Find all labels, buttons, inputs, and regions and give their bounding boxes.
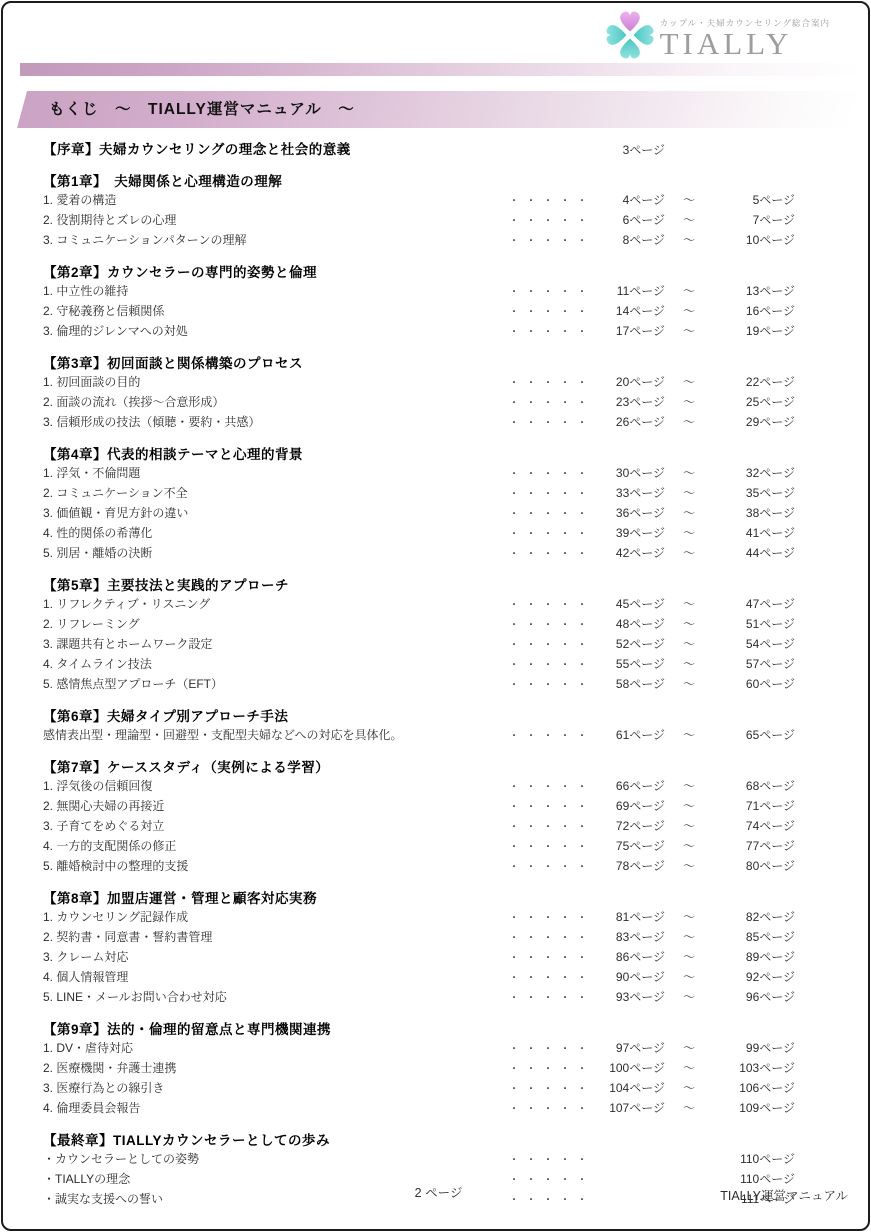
range-tilde: ～ (665, 675, 713, 694)
toc-item-row: 5. 別居・離婚の決断・・・・・42ページ～44ページ (43, 544, 795, 564)
start-page: 26ページ (593, 413, 665, 432)
range-tilde: ～ (665, 1079, 713, 1098)
start-page: 55ページ (593, 655, 665, 674)
range-tilde: ～ (665, 988, 713, 1007)
end-page: 47ページ (713, 595, 795, 614)
start-page: 45ページ (593, 595, 665, 614)
toc-section: 【第5章】主要技法と実践的アプローチ1. リフレクティブ・リスニング・・・・・4… (43, 576, 795, 695)
end-page: 77ページ (713, 837, 795, 856)
range-tilde: ～ (665, 322, 713, 341)
leader-dots: ・・・・・ (505, 778, 593, 797)
toc-item-title: 2. 医療機関・弁護士連携 (43, 1059, 505, 1078)
end-page: 68ページ (713, 777, 795, 796)
leader-dots: ・・・・・ (505, 465, 593, 484)
range-tilde: ～ (665, 484, 713, 503)
toc-item-row: 4. 倫理委員会報告・・・・・107ページ～109ページ (43, 1099, 795, 1119)
chapter-heading: 【第5章】主要技法と実践的アプローチ (43, 576, 505, 595)
toc-section: 【第1章】 夫婦関係と心理構造の理解1. 愛着の構造・・・・・4ページ～5ページ… (43, 172, 795, 251)
footer-doc-title: TIALLY運営マニュアル (720, 1186, 848, 1204)
start-page: 69ページ (593, 797, 665, 816)
toc-item-row: 5. LINE・メールお問い合わせ対応・・・・・93ページ～96ページ (43, 988, 795, 1008)
range-tilde: ～ (665, 302, 713, 321)
range-tilde: ～ (665, 1059, 713, 1078)
toc-item-row: 感情表出型・理論型・回避型・支配型夫婦などへの対応を具体化。・・・・・61ページ… (43, 726, 795, 746)
range-tilde: ～ (665, 797, 713, 816)
toc-section-heading-row: 【最終章】TIALLYカウンセラーとしての歩み (43, 1131, 795, 1150)
toc-item-row: 2. 契約書・同意書・誓約書管理・・・・・83ページ～85ページ (43, 928, 795, 948)
leader-dots: ・・・・・ (505, 616, 593, 635)
toc-item-row: 1. 中立性の維持・・・・・11ページ～13ページ (43, 282, 795, 302)
start-page: 61ページ (593, 726, 665, 745)
range-tilde: ～ (665, 837, 713, 856)
start-page: 75ページ (593, 837, 665, 856)
end-page: 25ページ (713, 393, 795, 412)
end-page: 89ページ (713, 948, 795, 967)
toc-item-title: 1. リフレクティブ・リスニング (43, 595, 505, 614)
toc-item-row: 1. 初回面談の目的・・・・・20ページ～22ページ (43, 373, 795, 393)
end-page: 82ページ (713, 908, 795, 927)
range-tilde: ～ (665, 504, 713, 523)
range-tilde: ～ (665, 231, 713, 250)
start-page: 93ページ (593, 988, 665, 1007)
start-page: 6ページ (593, 211, 665, 230)
end-page: 57ページ (713, 655, 795, 674)
range-tilde: ～ (665, 191, 713, 210)
toc-item-title: 2. コミュニケーション不全 (43, 484, 505, 503)
end-page: 65ページ (713, 726, 795, 745)
start-page: 66ページ (593, 777, 665, 796)
leader-dots: ・・・・・ (505, 485, 593, 504)
toc-item-title: 2. 役割期待とズレの心理 (43, 211, 505, 230)
toc-item-title: 感情表出型・理論型・回避型・支配型夫婦などへの対応を具体化。 (43, 726, 505, 745)
leader-dots: ・・・・・ (505, 1060, 593, 1079)
toc-section: 【第4章】代表的相談テーマと心理的背景1. 浮気・不倫問題・・・・・30ページ～… (43, 445, 795, 564)
toc-item-row: 2. 面談の流れ（挨拶～合意形成）・・・・・23ページ～25ページ (43, 393, 795, 413)
range-tilde: ～ (665, 615, 713, 634)
leader-dots: ・・・・・ (505, 596, 593, 615)
toc-item-title: 4. 一方的支配関係の修正 (43, 837, 505, 856)
leader-dots: ・・・・・ (505, 989, 593, 1008)
toc-item-row: 4. タイムライン技法・・・・・55ページ～57ページ (43, 655, 795, 675)
table-of-contents: 【序章】夫婦カウンセリングの理念と社会的意義3ページ【第1章】 夫婦関係と心理構… (43, 140, 795, 1222)
toc-banner: もくじ ～ TIALLY運営マニュアル ～ (27, 91, 862, 128)
start-page: 17ページ (593, 322, 665, 341)
end-page: 96ページ (713, 988, 795, 1007)
toc-item-row: 3. 価値観・育児方針の違い・・・・・36ページ～38ページ (43, 504, 795, 524)
start-page: 83ページ (593, 928, 665, 947)
start-page: 90ページ (593, 968, 665, 987)
toc-item-title: 5. 離婚検討中の整理的支援 (43, 857, 505, 876)
range-tilde: ～ (665, 777, 713, 796)
start-page: 100ページ (593, 1059, 665, 1078)
toc-title: もくじ ～ TIALLY運営マニュアル ～ (27, 91, 862, 128)
end-page: 29ページ (713, 413, 795, 432)
chapter-heading: 【第7章】ケーススタディ（実例による学習） (43, 758, 505, 777)
end-page: 16ページ (713, 302, 795, 321)
toc-item-title: 1. カウンセリング記録作成 (43, 908, 505, 927)
leader-dots: ・・・・・ (505, 909, 593, 928)
range-tilde: ～ (665, 393, 713, 412)
toc-item-title: 3. 倫理的ジレンマへの対処 (43, 322, 505, 341)
start-page: 52ページ (593, 635, 665, 654)
chapter-heading: 【第2章】カウンセラーの専門的姿勢と倫理 (43, 263, 505, 282)
end-page: 60ページ (713, 675, 795, 694)
start-page: 11ページ (593, 282, 665, 301)
toc-section: 【第8章】加盟店運営・管理と顧客対応実務1. カウンセリング記録作成・・・・・8… (43, 889, 795, 1008)
toc-item-row: 4. 個人情報管理・・・・・90ページ～92ページ (43, 968, 795, 988)
toc-item-row: 1. 愛着の構造・・・・・4ページ～5ページ (43, 191, 795, 211)
end-page: 99ページ (713, 1039, 795, 1058)
toc-section-heading-row: 【第8章】加盟店運営・管理と顧客対応実務 (43, 889, 795, 908)
chapter-page: 3ページ (593, 141, 665, 160)
end-page: 13ページ (713, 282, 795, 301)
start-page: 48ページ (593, 615, 665, 634)
end-page: 32ページ (713, 464, 795, 483)
toc-item-row: 2. リフレーミング・・・・・48ページ～51ページ (43, 615, 795, 635)
end-page: 54ページ (713, 635, 795, 654)
range-tilde: ～ (665, 464, 713, 483)
range-tilde: ～ (665, 968, 713, 987)
toc-item-title: 4. 性的関係の希薄化 (43, 524, 505, 543)
toc-item-title: 2. 契約書・同意書・誓約書管理 (43, 928, 505, 947)
tially-logo: カップル・夫婦カウンセリング総合案内 TIALLY (606, 11, 830, 59)
start-page: 4ページ (593, 191, 665, 210)
toc-item-row: 1. DV・虐待対応・・・・・97ページ～99ページ (43, 1039, 795, 1059)
range-tilde: ～ (665, 524, 713, 543)
toc-item-title: 3. 子育てをめぐる対立 (43, 817, 505, 836)
toc-item-title: 2. 無関心夫婦の再接近 (43, 797, 505, 816)
end-page: 74ページ (713, 817, 795, 836)
leader-dots: ・・・・・ (505, 1080, 593, 1099)
start-page: 107ページ (593, 1099, 665, 1118)
chapter-heading: 【第4章】代表的相談テーマと心理的背景 (43, 445, 505, 464)
end-page: 85ページ (713, 928, 795, 947)
toc-item-row: ・カウンセラーとしての姿勢・・・・・110ページ (43, 1150, 795, 1170)
range-tilde: ～ (665, 908, 713, 927)
range-tilde: ～ (665, 635, 713, 654)
toc-item-row: 3. コミュニケーションパターンの理解・・・・・8ページ～10ページ (43, 231, 795, 251)
chapter-heading: 【第1章】 夫婦関係と心理構造の理解 (43, 172, 505, 191)
toc-item-row: 3. 子育てをめぐる対立・・・・・72ページ～74ページ (43, 817, 795, 837)
start-page: 30ページ (593, 464, 665, 483)
leader-dots: ・・・・・ (505, 394, 593, 413)
toc-section-heading-row: 【第1章】 夫婦関係と心理構造の理解 (43, 172, 795, 191)
end-page: 22ページ (713, 373, 795, 392)
chapter-heading: 【第9章】法的・倫理的留意点と専門機関連携 (43, 1020, 505, 1039)
toc-item-title: 3. 信頼形成の技法（傾聴・要約・共感） (43, 413, 505, 432)
toc-item-title: 1. 浮気後の信頼回復 (43, 777, 505, 796)
end-page: 41ページ (713, 524, 795, 543)
logo-brand: TIALLY (660, 29, 793, 59)
toc-item-row: 2. 医療機関・弁護士連携・・・・・100ページ～103ページ (43, 1059, 795, 1079)
end-page: 110ページ (713, 1150, 795, 1169)
toc-section: 【第2章】カウンセラーの専門的姿勢と倫理1. 中立性の維持・・・・・11ページ～… (43, 263, 795, 342)
toc-item-row: 4. 性的関係の希薄化・・・・・39ページ～41ページ (43, 524, 795, 544)
start-page: 23ページ (593, 393, 665, 412)
toc-item-row: 2. 役割期待とズレの心理・・・・・6ページ～7ページ (43, 211, 795, 231)
range-tilde: ～ (665, 544, 713, 563)
toc-item-title: 4. タイムライン技法 (43, 655, 505, 674)
leader-dots: ・・・・・ (505, 545, 593, 564)
toc-item-title: 1. 中立性の維持 (43, 282, 505, 301)
toc-item-title: 3. クレーム対応 (43, 948, 505, 967)
leader-dots: ・・・・・ (505, 283, 593, 302)
toc-item-row: 5. 離婚検討中の整理的支援・・・・・78ページ～80ページ (43, 857, 795, 877)
toc-item-row: 1. リフレクティブ・リスニング・・・・・45ページ～47ページ (43, 595, 795, 615)
toc-section: 【第9章】法的・倫理的留意点と専門機関連携1. DV・虐待対応・・・・・97ペー… (43, 1020, 795, 1119)
range-tilde: ～ (665, 1039, 713, 1058)
end-page: 106ページ (713, 1079, 795, 1098)
toc-section-heading-row: 【第7章】ケーススタディ（実例による学習） (43, 758, 795, 777)
start-page: 104ページ (593, 1079, 665, 1098)
leader-dots: ・・・・・ (505, 727, 593, 746)
leader-dots: ・・・・・ (505, 818, 593, 837)
document-page: カップル・夫婦カウンセリング総合案内 TIALLY もくじ ～ TIALLY運営… (1, 1, 870, 1231)
start-page: 58ページ (593, 675, 665, 694)
start-page: 81ページ (593, 908, 665, 927)
toc-section-heading-row: 【第2章】カウンセラーの専門的姿勢と倫理 (43, 263, 795, 282)
toc-item-title: 2. 守秘義務と信頼関係 (43, 302, 505, 321)
start-page: 36ページ (593, 504, 665, 523)
toc-item-row: 1. 浮気後の信頼回復・・・・・66ページ～68ページ (43, 777, 795, 797)
end-page: 51ページ (713, 615, 795, 634)
toc-section: 【第6章】夫婦タイプ別アプローチ手法感情表出型・理論型・回避型・支配型夫婦などへ… (43, 707, 795, 746)
leader-dots: ・・・・・ (505, 212, 593, 231)
end-page: 7ページ (713, 211, 795, 230)
toc-item-row: 2. コミュニケーション不全・・・・・33ページ～35ページ (43, 484, 795, 504)
toc-item-row: 3. 医療行為との線引き・・・・・104ページ～106ページ (43, 1079, 795, 1099)
toc-section-heading-row: 【第9章】法的・倫理的留意点と専門機関連携 (43, 1020, 795, 1039)
start-page: 97ページ (593, 1039, 665, 1058)
leader-dots: ・・・・・ (505, 323, 593, 342)
toc-item-title: 2. リフレーミング (43, 615, 505, 634)
toc-section: 【第3章】初回面談と関係構築のプロセス1. 初回面談の目的・・・・・20ページ～… (43, 354, 795, 433)
leader-dots: ・・・・・ (505, 525, 593, 544)
toc-item-row: 1. カウンセリング記録作成・・・・・81ページ～82ページ (43, 908, 795, 928)
start-page: 78ページ (593, 857, 665, 876)
toc-section: 【第7章】ケーススタディ（実例による学習）1. 浮気後の信頼回復・・・・・66ペ… (43, 758, 795, 877)
toc-item-row: 1. 浮気・不倫問題・・・・・30ページ～32ページ (43, 464, 795, 484)
leader-dots: ・・・・・ (505, 858, 593, 877)
start-page: 39ページ (593, 524, 665, 543)
toc-item-row: 2. 無関心夫婦の再接近・・・・・69ページ～71ページ (43, 797, 795, 817)
toc-item-title: 4. 倫理委員会報告 (43, 1099, 505, 1118)
range-tilde: ～ (665, 655, 713, 674)
range-tilde: ～ (665, 928, 713, 947)
leader-dots: ・・・・・ (505, 798, 593, 817)
toc-section-heading-row: 【第5章】主要技法と実践的アプローチ (43, 576, 795, 595)
toc-item-row: 3. クレーム対応・・・・・86ページ～89ページ (43, 948, 795, 968)
start-page: 42ページ (593, 544, 665, 563)
gradient-divider-bar (20, 63, 861, 76)
toc-section: 【序章】夫婦カウンセリングの理念と社会的意義3ページ (43, 140, 795, 160)
chapter-heading: 【第8章】加盟店運営・管理と顧客対応実務 (43, 889, 505, 908)
toc-item-row: 3. 課題共有とホームワーク設定・・・・・52ページ～54ページ (43, 635, 795, 655)
toc-item-title: 1. 初回面談の目的 (43, 373, 505, 392)
range-tilde: ～ (665, 857, 713, 876)
toc-section-heading-row: 【序章】夫婦カウンセリングの理念と社会的意義3ページ (43, 140, 795, 160)
chapter-heading: 【最終章】TIALLYカウンセラーとしての歩み (43, 1131, 505, 1150)
range-tilde: ～ (665, 817, 713, 836)
end-page: 71ページ (713, 797, 795, 816)
toc-item-title: 3. 課題共有とホームワーク設定 (43, 635, 505, 654)
toc-item-row: 3. 信頼形成の技法（傾聴・要約・共感）・・・・・26ページ～29ページ (43, 413, 795, 433)
leader-dots: ・・・・・ (505, 676, 593, 695)
end-page: 35ページ (713, 484, 795, 503)
end-page: 92ページ (713, 968, 795, 987)
end-page: 38ページ (713, 504, 795, 523)
toc-section-heading-row: 【第3章】初回面談と関係構築のプロセス (43, 354, 795, 373)
leader-dots: ・・・・・ (505, 192, 593, 211)
range-tilde: ～ (665, 211, 713, 230)
start-page: 86ページ (593, 948, 665, 967)
range-tilde: ～ (665, 282, 713, 301)
chapter-heading: 【第3章】初回面談と関係構築のプロセス (43, 354, 505, 373)
leader-dots: ・・・・・ (505, 929, 593, 948)
start-page: 8ページ (593, 231, 665, 250)
toc-item-title: 1. 愛着の構造 (43, 191, 505, 210)
toc-item-title: 3. 医療行為との線引き (43, 1079, 505, 1098)
end-page: 10ページ (713, 231, 795, 250)
leader-dots: ・・・・・ (505, 636, 593, 655)
clover-flower-icon (606, 11, 654, 59)
toc-item-title: 5. 別居・離婚の決断 (43, 544, 505, 563)
leader-dots: ・・・・・ (505, 505, 593, 524)
start-page: 20ページ (593, 373, 665, 392)
start-page: 33ページ (593, 484, 665, 503)
range-tilde: ～ (665, 595, 713, 614)
leader-dots: ・・・・・ (505, 1100, 593, 1119)
toc-item-title: ・カウンセラーとしての姿勢 (43, 1150, 505, 1169)
chapter-heading: 【序章】夫婦カウンセリングの理念と社会的意義 (43, 140, 505, 159)
leader-dots: ・・・・・ (505, 1040, 593, 1059)
end-page: 109ページ (713, 1099, 795, 1118)
toc-item-title: 1. DV・虐待対応 (43, 1039, 505, 1058)
toc-item-row: 3. 倫理的ジレンマへの対処・・・・・17ページ～19ページ (43, 322, 795, 342)
leader-dots: ・・・・・ (505, 1151, 593, 1170)
leader-dots: ・・・・・ (505, 838, 593, 857)
range-tilde: ～ (665, 1099, 713, 1118)
toc-section-heading-row: 【第6章】夫婦タイプ別アプローチ手法 (43, 707, 795, 726)
toc-item-title: 3. コミュニケーションパターンの理解 (43, 231, 505, 250)
leader-dots: ・・・・・ (505, 414, 593, 433)
end-page: 44ページ (713, 544, 795, 563)
leader-dots: ・・・・・ (505, 969, 593, 988)
toc-item-row: 2. 守秘義務と信頼関係・・・・・14ページ～16ページ (43, 302, 795, 322)
leader-dots: ・・・・・ (505, 303, 593, 322)
end-page: 19ページ (713, 322, 795, 341)
chapter-heading: 【第6章】夫婦タイプ別アプローチ手法 (43, 707, 505, 726)
toc-item-title: 2. 面談の流れ（挨拶～合意形成） (43, 393, 505, 412)
toc-item-title: 1. 浮気・不倫問題 (43, 464, 505, 483)
start-page: 14ページ (593, 302, 665, 321)
leader-dots: ・・・・・ (505, 232, 593, 251)
end-page: 80ページ (713, 857, 795, 876)
toc-item-row: 4. 一方的支配関係の修正・・・・・75ページ～77ページ (43, 837, 795, 857)
range-tilde: ～ (665, 413, 713, 432)
toc-item-row: 5. 感情焦点型アプローチ（EFT）・・・・・58ページ～60ページ (43, 675, 795, 695)
leader-dots: ・・・・・ (505, 374, 593, 393)
range-tilde: ～ (665, 948, 713, 967)
leader-dots: ・・・・・ (505, 656, 593, 675)
range-tilde: ～ (665, 373, 713, 392)
toc-item-title: 3. 価値観・育児方針の違い (43, 504, 505, 523)
leader-dots: ・・・・・ (505, 949, 593, 968)
toc-item-title: 5. 感情焦点型アプローチ（EFT） (43, 675, 505, 694)
range-tilde: ～ (665, 726, 713, 745)
end-page: 103ページ (713, 1059, 795, 1078)
toc-item-title: 5. LINE・メールお問い合わせ対応 (43, 988, 505, 1007)
toc-section-heading-row: 【第4章】代表的相談テーマと心理的背景 (43, 445, 795, 464)
toc-item-title: 4. 個人情報管理 (43, 968, 505, 987)
start-page: 72ページ (593, 817, 665, 836)
end-page: 5ページ (713, 191, 795, 210)
